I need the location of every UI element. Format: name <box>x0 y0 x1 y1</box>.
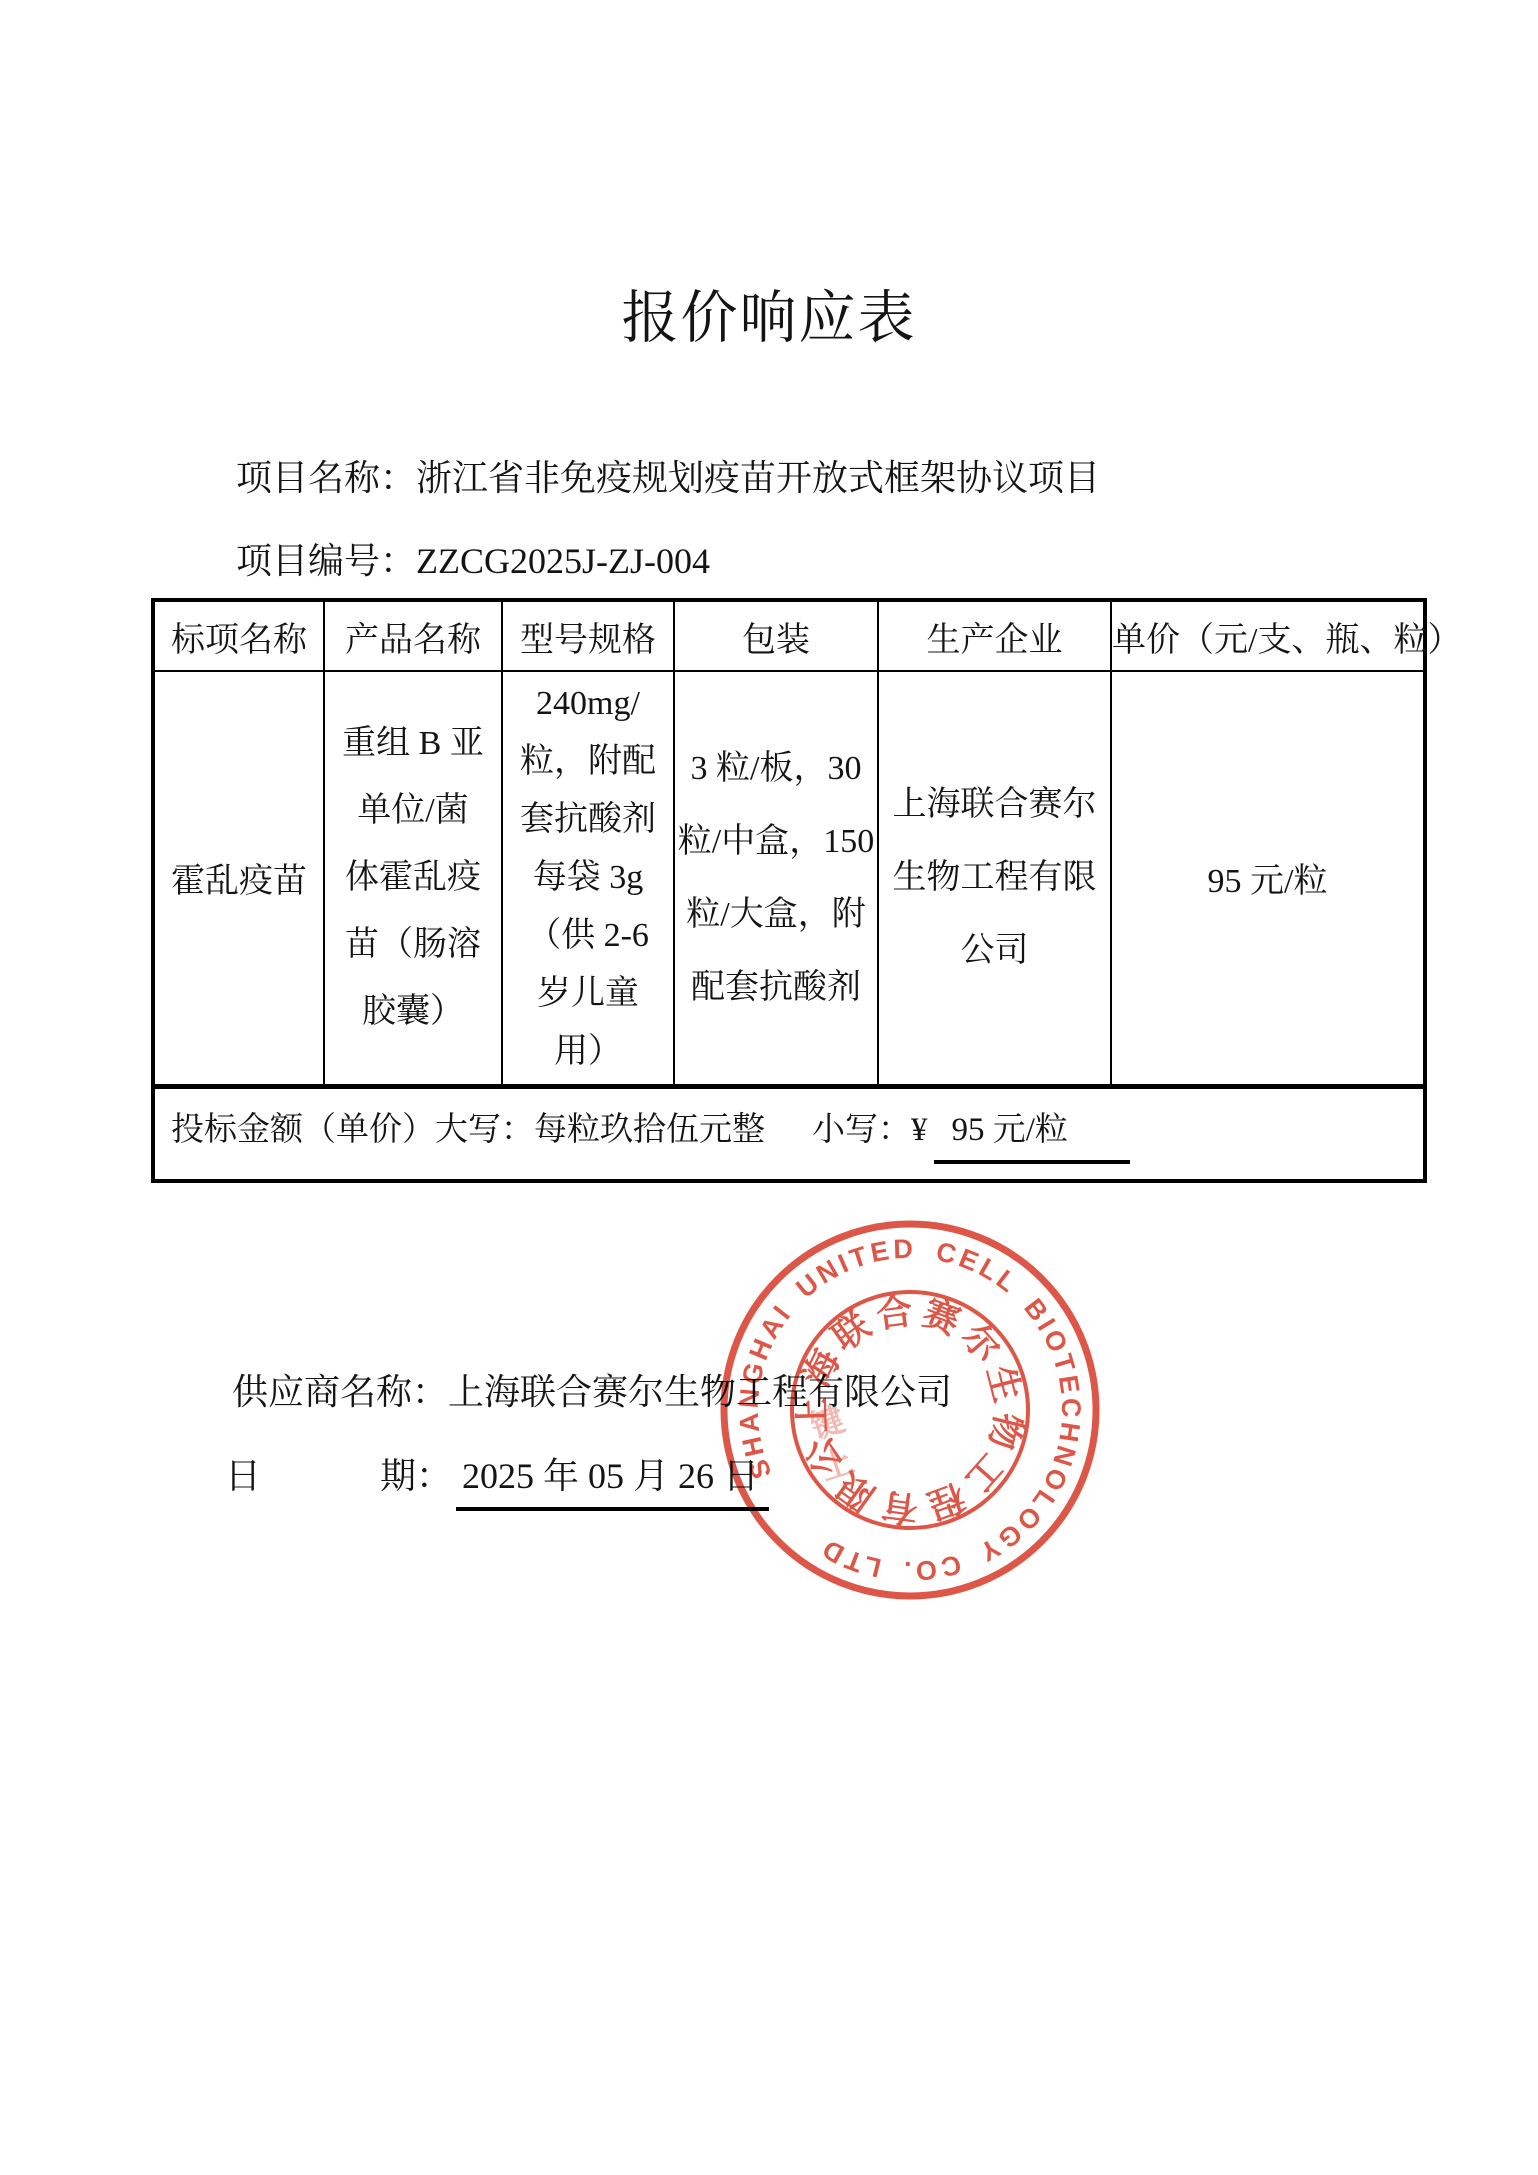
bid-amount-words-label: 投标金额（单价）大写： <box>171 1112 534 1148</box>
header-spec: 型号规格 <box>502 600 674 671</box>
date-label-left: 日 <box>225 1456 261 1496</box>
date-label-right: 期： <box>380 1456 452 1496</box>
bid-amount-figures-label: 小写：¥ <box>812 1112 928 1148</box>
cell-packaging: 3 粒/板，30 粒/中盒，150 粒/大盒，附 配套抗酸剂 <box>674 671 878 1086</box>
header-manufacturer: 生产企业 <box>878 600 1111 671</box>
supplier-line: 供应商名称：上海联合赛尔生物工程有限公司 <box>232 1364 952 1415</box>
project-number-value: ZZCG2025J-ZJ-004 <box>416 541 710 581</box>
document-title: 报价响应表 <box>0 272 1538 354</box>
bid-amount-words-value: 每粒玖拾伍元整 <box>534 1112 765 1148</box>
stamp-center-mark-bottom: 上 <box>816 1443 859 1487</box>
quotation-response-document: 报价响应表 项目名称：浙江省非免疫规划疫苗开放式框架协议项目 项目编号：ZZCG… <box>0 0 1538 2175</box>
supplier-name-value: 上海联合赛尔生物工程有限公司 <box>448 1372 952 1412</box>
project-number-line: 项目编号：ZZCG2025J-ZJ-004 <box>236 533 710 584</box>
header-packaging: 包装 <box>674 600 878 671</box>
project-name-value: 浙江省非免疫规划疫苗开放式框架协议项目 <box>416 458 1100 498</box>
project-name-label: 项目名称： <box>236 458 416 498</box>
bid-amount-row: 投标金额（单价）大写：每粒玖拾伍元整小写：¥95 元/粒 <box>153 1086 1425 1181</box>
header-item-name: 标项名称 <box>153 600 324 671</box>
project-name-line: 项目名称：浙江省非免疫规划疫苗开放式框架协议项目 <box>236 450 1100 501</box>
date-value: 2025 年 05 月 26 日 <box>456 1448 769 1511</box>
table-header-row: 标项名称 产品名称 型号规格 包装 生产企业 单价（元/支、瓶、粒） <box>153 600 1425 671</box>
cell-unit-price: 95 元/粒 <box>1111 671 1425 1086</box>
header-product-name: 产品名称 <box>324 600 502 671</box>
bid-amount-cell: 投标金额（单价）大写：每粒玖拾伍元整小写：¥95 元/粒 <box>153 1086 1425 1181</box>
supplier-label: 供应商名称： <box>232 1372 448 1412</box>
table-row: 霍乱疫苗 重组 B 亚 单位/菌 体霍乱疫 苗（肠溶 胶囊） 240mg/ 粒，… <box>153 671 1425 1086</box>
cell-product-name: 重组 B 亚 单位/菌 体霍乱疫 苗（肠溶 胶囊） <box>324 671 502 1086</box>
project-number-label: 项目编号： <box>236 541 416 581</box>
header-unit-price: 单价（元/支、瓶、粒） <box>1111 600 1425 671</box>
cell-spec: 240mg/ 粒，附配 套抗酸剂 每袋 3g （供 2-6 岁儿童 用） <box>502 671 674 1086</box>
bid-amount-figures-value: 95 元/粒 <box>934 1103 1130 1164</box>
cell-manufacturer: 上海联合赛尔 生物工程有限 公司 <box>878 671 1111 1086</box>
date-line: 日期：2025 年 05 月 26 日 <box>225 1448 769 1511</box>
cell-item-name: 霍乱疫苗 <box>153 671 324 1086</box>
quotation-table: 标项名称 产品名称 型号规格 包装 生产企业 单价（元/支、瓶、粒） 霍乱疫苗 … <box>151 598 1427 1183</box>
